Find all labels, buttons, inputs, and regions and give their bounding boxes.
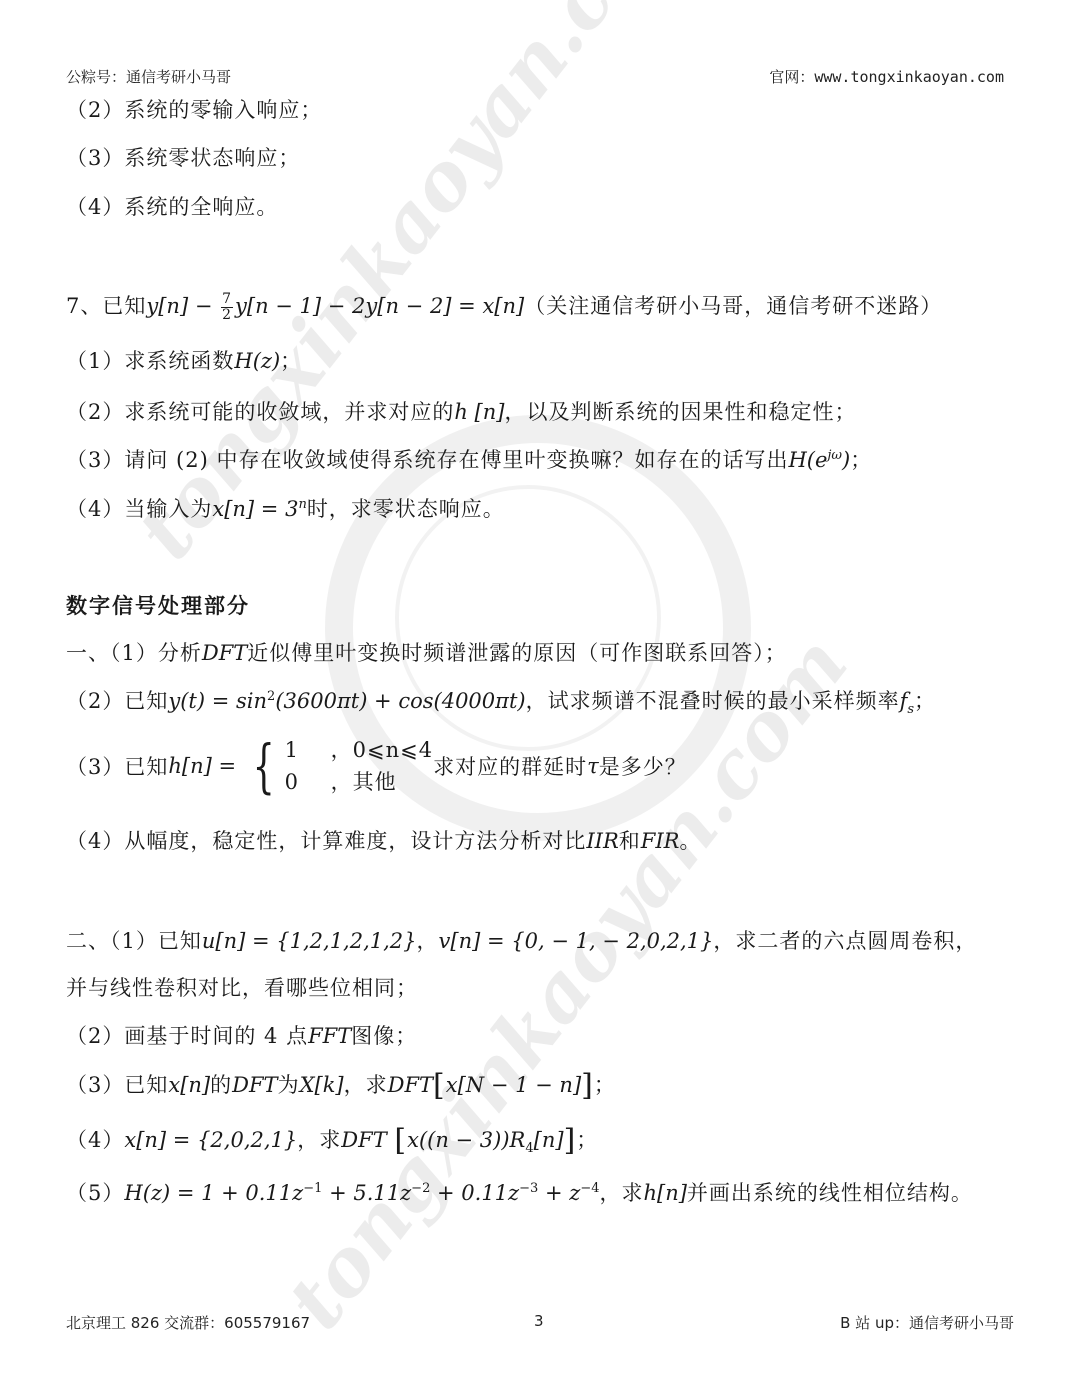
header-website: 官网：www.tongxinkaoyan.com (769, 66, 1004, 87)
left-brace: { (252, 737, 275, 795)
dsp-2-q4: （4）x[n] = {2,0,2,1}，求DFT [x((n − 3))R4[n… (66, 1124, 598, 1156)
q7-fraction: 72 (221, 292, 233, 323)
footer-group-number: 北京理工 826 交流群：605579167 (66, 1312, 310, 1333)
dsp-2-q2: （2）画基于时间的 4 点FFT图像； (66, 1020, 417, 1050)
q7-stem: 7、已知y[n] − 72y[n − 1] − 2y[n − 2] = x[n]… (66, 290, 942, 323)
dsp-1-q2: （2）已知y(t) = sin2(3600πt) + cos(4000πt)，试… (66, 685, 936, 717)
dsp-1-q1: 一、（1）分析DFT近似傅里叶变换时频谱泄露的原因（可作图联系回答）； (66, 637, 787, 667)
right-bracket: ] (581, 1068, 594, 1103)
left-bracket: [ (394, 1123, 407, 1158)
q7-sub4: （4）当输入为x[n] = 3n时，求零状态响应。 (66, 493, 505, 523)
prev-q-item-3: （3）系统零状态响应； (66, 142, 300, 172)
section-title-dsp: 数字信号处理部分 (66, 590, 250, 620)
dsp-1-q4: （4）从幅度，稳定性，计算难度，设计方法分析对比IIR和FIR。 (66, 825, 701, 855)
header-wechat-account: 公粽号：通信考研小马哥 (66, 66, 231, 87)
dsp-1-q3: （3）已知h[n] = {1，0⩽n⩽40，其他求对应的群延时τ是多少？ (66, 734, 687, 798)
q7-sub3: （3）请问 (2) 中存在收敛域使得系统存在傅里叶变换嘛？如存在的话写出H(ej… (66, 444, 872, 474)
page-header: 公粽号：通信考研小马哥 官网：www.tongxinkaoyan.com (66, 66, 1014, 88)
right-bracket: ] (564, 1123, 577, 1158)
dsp-2-q5: （5）H(z) = 1 + 0.11z−1 + 5.11z−2 + 0.11z−… (66, 1177, 973, 1207)
dsp-2-q1-cont: 并与线性卷积对比，看哪些位相同； (66, 972, 418, 1002)
prev-q-item-4: （4）系统的全响应。 (66, 191, 278, 221)
case-1: 1，0⩽n⩽4 (285, 734, 433, 766)
footer-bilibili: B 站 up：通信考研小马哥 (840, 1312, 1014, 1333)
q7-eq-part1: y[n] − (146, 294, 219, 318)
dsp-2-q3: （3）已知x[n]的DFT为X[k]，求DFT[x[N − 1 − n]]； (66, 1069, 616, 1099)
q7-sub1: （1）求系统函数H(z)； (66, 345, 302, 375)
left-bracket: [ (433, 1068, 446, 1103)
q7-eq-part2: y[n − 1] − 2y[n − 2] = x[n] (235, 294, 524, 318)
q7-prefix: 7、已知 (66, 294, 146, 318)
dsp-2-q1: 二、（1）已知u[n] = {1,2,1,2,1,2}，v[n] = {0, −… (66, 925, 977, 955)
q7-sub2: （2）求系统可能的收敛域，并求对应的h [n]，以及判断系统的因果性和稳定性； (66, 396, 856, 426)
case-2: 0，其他 (285, 766, 433, 798)
prev-q-item-2: （2）系统的零输入响应； (66, 94, 322, 124)
page-number: 3 (534, 1312, 544, 1330)
piecewise-definition: {1，0⩽n⩽40，其他 (243, 734, 433, 798)
q7-note: （关注通信考研小马哥，通信考研不迷路） (524, 294, 942, 318)
